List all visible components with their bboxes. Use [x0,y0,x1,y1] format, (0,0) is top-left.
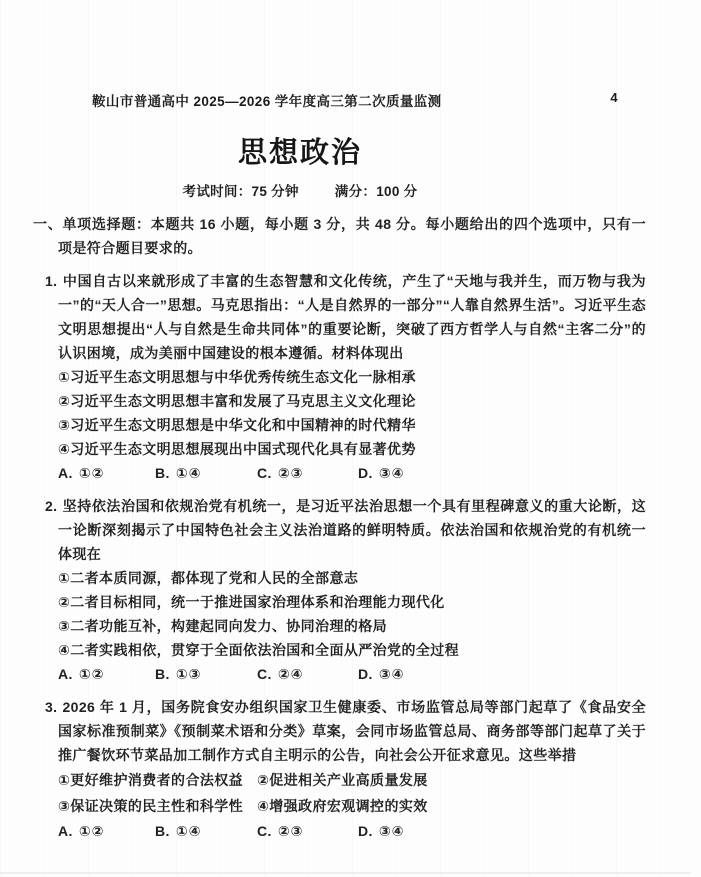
option-value: ①④ [176,465,202,481]
statement-item: ④习近平生态文明思想展现出中国式现代化具有显著优势 [58,437,646,461]
option-d: D.③④ [358,461,646,486]
option-label: D. [358,666,373,682]
question-3: 3.2026 年 1 月，国务院食安办组织国家卫生健康委、市场监管总局等部门起草… [33,695,646,844]
option-label: B. [155,666,170,682]
statement-item: ③习近平生态文明思想是中华文化和中国精神的时代精华 [58,413,646,437]
option-value: ③④ [379,666,405,682]
page-number: 4 [610,90,618,105]
section-instructions: 一、单项选择题：本题共 16 小题，每小题 3 分，共 48 分。每小题给出的四… [33,212,646,260]
question-2: 2.坚持依法治国和依规治党有机统一，是习近平法治思想一个具有里程碑意义的重大论断… [33,494,646,687]
option-label: A. [58,823,73,839]
option-label: C. [257,823,272,839]
question-1-stem-row: 1.中国自古以来就形成了丰富的生态智慧和文化传统，产生了“天地与我并生，而万物与… [33,269,646,365]
option-c: C.②④ [257,662,358,687]
option-c: C.②③ [257,819,358,844]
question-1-options: A.①② B.①④ C.②③ D.③④ [58,461,646,486]
option-label: B. [155,823,170,839]
option-label: A. [58,666,73,682]
exam-duration: 考试时间：75 分钟 [183,180,299,200]
statement-item: ③二者功能互补，构建起同向发力、协同治理的格局 [58,614,646,638]
question-number: 3. [45,699,57,715]
question-1: 1.中国自古以来就形成了丰富的生态智慧和文化传统，产生了“天地与我并生，而万物与… [33,269,646,486]
exam-info: 考试时间：75 分钟 满分：100 分 [0,180,600,200]
option-value: ①② [79,465,105,481]
option-label: C. [257,465,272,481]
exam-body: 一、单项选择题：本题共 16 小题，每小题 3 分，共 48 分。每小题给出的四… [33,212,646,844]
scan-bottom-edge [0,872,691,874]
question-1-statements: ①习近平生态文明思想与中华优秀传统生态文化一脉相承 ②习近平生态文明思想丰富和发… [58,365,646,461]
question-number: 1. [45,273,57,289]
question-2-stem-row: 2.坚持依法治国和依规治党有机统一，是习近平法治思想一个具有里程碑意义的重大论断… [33,494,646,566]
question-3-statements: ①更好维护消费者的合法权益 ②促进相关产业高质量发展 ③保证决策的民主性和科学性… [58,767,646,819]
statement-item: ④增强政府宏观调控的实效 [257,793,646,819]
option-label: D. [358,823,373,839]
statement-item: ①二者本质同源，都体现了党和人民的全部意志 [58,566,646,590]
question-number: 2. [45,498,57,514]
option-d: D.③④ [358,819,646,844]
subject-title: 思想政治 [0,130,600,171]
option-label: D. [358,465,373,481]
option-value: ②③ [278,823,304,839]
option-value: ①④ [176,823,202,839]
question-3-options: A.①② B.①④ C.②③ D.③④ [58,819,646,844]
question-stem: 中国自古以来就形成了丰富的生态智慧和文化传统，产生了“天地与我并生，而万物与我为… [58,273,646,361]
option-a: A.①② [58,461,155,486]
question-2-statements: ①二者本质同源，都体现了党和人民的全部意志 ②二者目标相同，统一于推进国家治理体… [58,566,646,662]
option-value: ③④ [379,823,405,839]
option-label: B. [155,465,170,481]
statement-item: ②习近平生态文明思想丰富和发展了马克思主义文化理论 [58,389,646,413]
option-b: B.①④ [155,819,257,844]
exam-session-title: 鞍山市普通高中 2025—2026 学年度高三第二次质量监测 [92,90,442,110]
statement-item: ①习近平生态文明思想与中华优秀传统生态文化一脉相承 [58,365,646,389]
option-value: ①③ [176,666,202,682]
option-value: ②④ [278,666,304,682]
option-value: ③④ [379,465,405,481]
option-label: A. [58,465,73,481]
option-value: ②③ [278,465,304,481]
option-b: B.①④ [155,461,257,486]
option-d: D.③④ [358,662,646,687]
statement-item: ④二者实践相依，贯穿于全面依法治国和全面从严治党的全过程 [58,638,646,662]
option-b: B.①③ [155,662,257,687]
exam-total-score: 满分：100 分 [335,180,418,200]
statement-item: ③保证决策的民主性和科学性 [58,793,257,819]
option-value: ①② [79,823,105,839]
option-a: A.①② [58,819,155,844]
page-header: 鞍山市普通高中 2025—2026 学年度高三第二次质量监测 4 [92,90,618,110]
option-label: C. [257,666,272,682]
question-3-stem-row: 3.2026 年 1 月，国务院食安办组织国家卫生健康委、市场监管总局等部门起草… [33,695,646,767]
question-stem: 坚持依法治国和依规治党有机统一，是习近平法治思想一个具有里程碑意义的重大论断，这… [58,498,646,562]
question-2-options: A.①② B.①③ C.②④ D.③④ [58,662,646,687]
option-c: C.②③ [257,461,358,486]
option-a: A.①② [58,662,155,687]
statement-item: ①更好维护消费者的合法权益 [58,767,257,793]
option-value: ①② [79,666,105,682]
exam-paper-page: 鞍山市普通高中 2025—2026 学年度高三第二次质量监测 4 思想政治 考试… [0,0,701,877]
question-stem: 2026 年 1 月，国务院食安办组织国家卫生健康委、市场监管总局等部门起草了《… [58,699,646,763]
statement-item: ②促进相关产业高质量发展 [257,767,646,793]
statement-item: ②二者目标相同，统一于推进国家治理体系和治理能力现代化 [58,590,646,614]
